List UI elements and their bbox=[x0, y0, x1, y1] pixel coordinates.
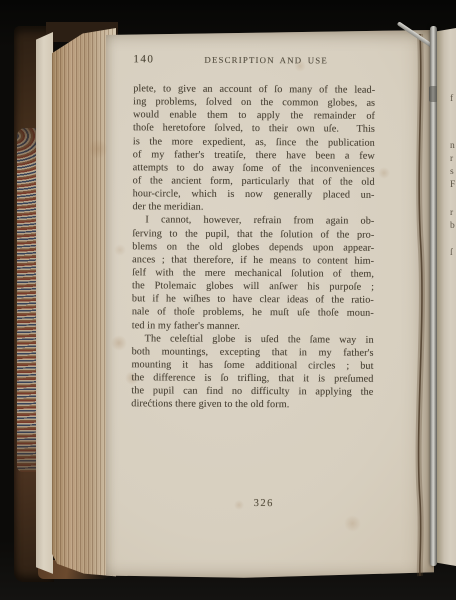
text-line: of my father's treatiſe, there have been… bbox=[133, 148, 375, 163]
paragraph: I cannot, however, refrain from again ob… bbox=[132, 214, 375, 334]
book-stand-rod-joint bbox=[429, 86, 438, 102]
page-header: 140 DESCRIPTION AND USE bbox=[133, 53, 375, 66]
text-line: direćtions there given to the old form. bbox=[131, 398, 373, 413]
running-header: DESCRIPTION AND USE bbox=[204, 54, 328, 68]
text-line: nale of thoſe problems, he muſt uſe thoſ… bbox=[132, 306, 374, 321]
flyleaf-edge bbox=[36, 32, 53, 576]
signature-mark: 326 bbox=[254, 497, 274, 510]
book-stand-rod bbox=[430, 26, 437, 566]
paragraph: plete, to give an account of ſo many of … bbox=[132, 82, 375, 215]
paragraph: The celeſtial globe is uſed the ſame way… bbox=[131, 332, 373, 412]
facing-page-text-fragment: n bbox=[450, 141, 456, 151]
facing-page-text-fragment: b bbox=[450, 221, 456, 231]
text-line: The celeſtial globe is uſed the ſame way… bbox=[132, 332, 374, 347]
facing-page-text-fragment: ſ bbox=[450, 248, 456, 258]
page-text-block: 140 DESCRIPTION AND USE plete, to give a… bbox=[131, 53, 376, 526]
text-line: blems on the old globes depends upon app… bbox=[132, 240, 374, 255]
facing-page-text-fragment: f bbox=[450, 94, 456, 104]
text-line: ſerving to the pupil, that the ſolution … bbox=[132, 227, 374, 242]
text-line: is the more expedient, as, ſince the pub… bbox=[133, 135, 375, 150]
text-line: thoſe heretofore ſolved, to their own uſ… bbox=[133, 122, 375, 137]
page-number: 140 bbox=[133, 53, 154, 66]
facing-page-text-fragment: s bbox=[450, 167, 456, 177]
facing-page-edge: f n r s F r b ſ bbox=[437, 28, 456, 566]
facing-page-text-fragment: F bbox=[450, 180, 456, 190]
book-photo: 140 DESCRIPTION AND USE plete, to give a… bbox=[0, 0, 456, 600]
facing-page-text-fragment: r bbox=[450, 208, 456, 218]
text-line: I cannot, however, refrain from again ob… bbox=[132, 214, 374, 229]
text-line: ted in my father's manner. bbox=[132, 319, 374, 334]
facing-page-text-fragment: r bbox=[450, 154, 456, 164]
